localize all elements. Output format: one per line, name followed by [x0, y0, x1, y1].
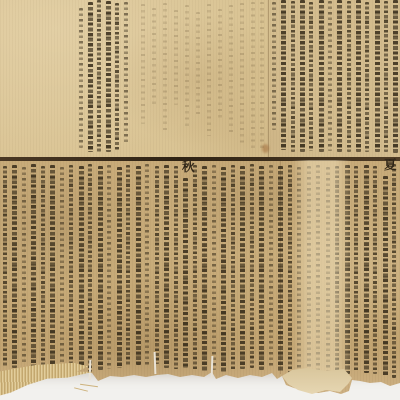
manuscript-photo: 秋 夏	[0, 0, 400, 400]
top-paper-panel	[0, 0, 400, 158]
sheet-joint-line	[268, 0, 269, 158]
season-header-summer: 夏	[384, 159, 397, 172]
vertical-crease-line	[280, 160, 281, 374]
frayed-edge-chunk	[282, 368, 352, 394]
season-header-autumn: 秋	[182, 161, 195, 174]
faded-light-strip	[292, 160, 352, 384]
ink-smudge	[262, 144, 269, 153]
